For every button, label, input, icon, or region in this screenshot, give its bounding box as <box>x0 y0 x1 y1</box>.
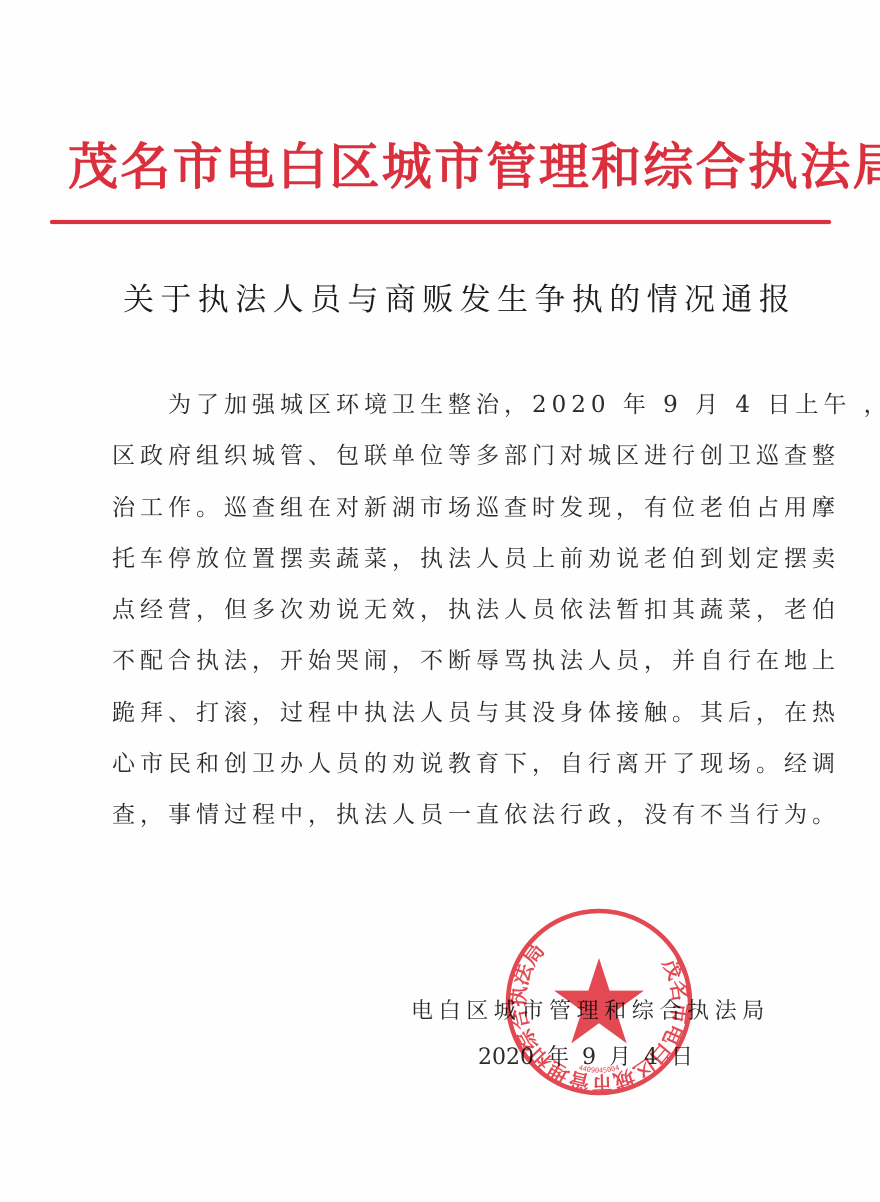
body-line: 查，事情过程中，执法人员一直依法行政，没有不当行为。 <box>112 795 792 846</box>
body-line: 跪拜、打滚，过程中执法人员与其没身体接触。其后，在热 <box>112 693 792 744</box>
letterhead-title: 茂名市电白区城市管理和综合执法局 <box>68 132 816 202</box>
body-line: 心市民和创卫办人员的劝说教育下，自行离开了现场。经调 <box>112 744 792 795</box>
letterhead-divider <box>50 220 831 224</box>
official-seal: 茂名市电白区城市管理和综合执法局 4409045004 <box>503 906 695 1098</box>
document-page: 茂名市电白区城市管理和综合执法局 关于执法人员与商贩发生争执的情况通报 为了加强… <box>0 0 880 1202</box>
body-line: 托车停放位置摆卖蔬菜，执法人员上前劝说老伯到划定摆卖 <box>112 539 792 590</box>
notice-body: 为了加强城区环境卫生整治，2020 年 9 月 4 日上午 ， 区政府组织城管、… <box>112 385 792 847</box>
body-line: 为了加强城区环境卫生整治，2020 年 9 月 4 日上午 ， <box>112 385 792 436</box>
body-line: 治工作。巡查组在对新湖市场巡查时发现，有位老伯占用摩 <box>112 488 792 539</box>
body-line: 点经营，但多次劝说无效，执法人员依法暂扣其蔬菜，老伯 <box>112 590 792 641</box>
star-icon <box>554 958 644 1043</box>
notice-title: 关于执法人员与商贩发生争执的情况通报 <box>123 278 783 322</box>
body-line: 不配合执法，开始哭闹，不断辱骂执法人员，并自行在地上 <box>112 641 792 692</box>
body-line: 区政府组织城管、包联单位等多部门对城区进行创卫巡查整 <box>112 436 792 487</box>
svg-text:4409045004: 4409045004 <box>578 1064 621 1075</box>
seal-code: 4409045004 <box>578 1064 621 1075</box>
